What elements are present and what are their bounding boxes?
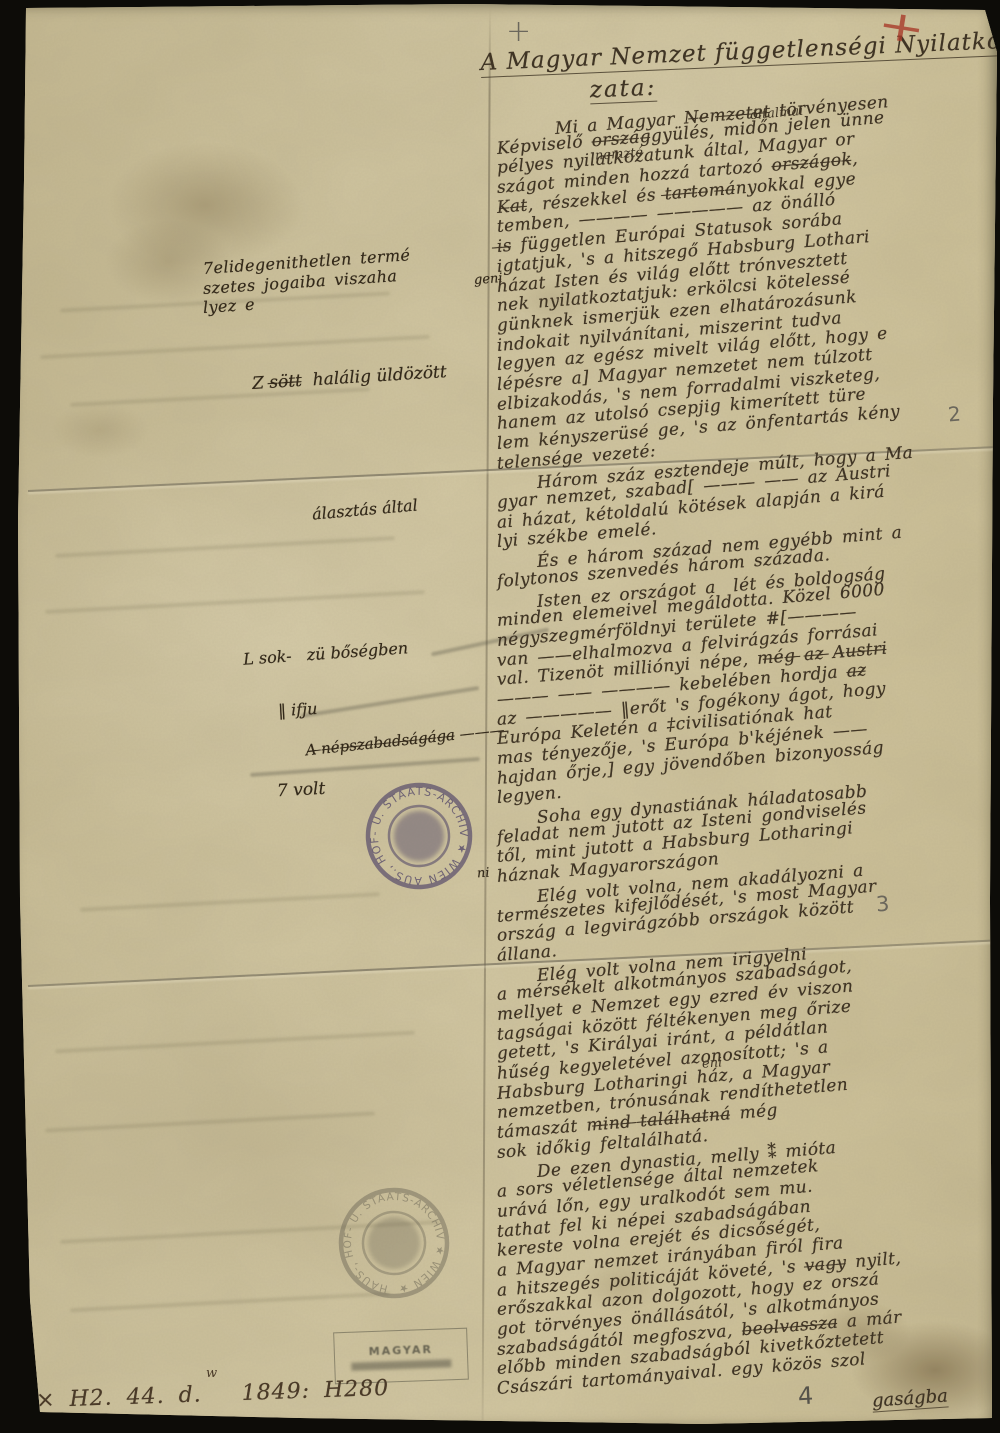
margin-note-scratched: A̶ ̶n̶é̶p̶s̶z̶a̶b̶a̶d̶s̶á̶g̶á̶g̶a̶ ——— <box>305 721 506 760</box>
margin-note-ifju: ‖ ifju <box>278 699 318 720</box>
pencil-number-3: 3 <box>875 892 890 917</box>
margin-note-volt: 7 volt <box>277 779 326 802</box>
eagle-emblem-smudge <box>392 809 445 862</box>
margin-note-natural-rights: 7elidegenithetlen természetes jogaiba vi… <box>203 202 411 318</box>
rect-stamp-illegible-line <box>351 1359 451 1370</box>
margin-note-alasztas: álasztás által <box>311 495 418 523</box>
bleedthrough-streak <box>40 335 430 359</box>
title-line-2: zata: <box>589 75 657 105</box>
catalog-shelfmark: × H2. 44. d. 1849: H280 <box>36 1376 390 1413</box>
bleedthrough-streak <box>70 387 370 407</box>
ink-smear <box>250 757 480 777</box>
vertical-fold-line <box>482 8 491 1420</box>
bleedthrough-streak <box>55 1031 415 1054</box>
hyphenated-fragment-ni: ni <box>476 866 490 882</box>
paragraph: Mi a Magyar N̶e̶m̶z̶e̶t̶e̶t̶ törvényesen… <box>497 120 997 474</box>
page-number-4: 4 <box>797 1382 814 1411</box>
bleedthrough-streak <box>55 536 395 558</box>
ink-smear <box>301 686 479 718</box>
catalog-superscript-w: w <box>206 1366 217 1381</box>
bleedthrough-streak <box>45 1111 375 1132</box>
photographed-manuscript-page: A Magyar Nemzet függetlenségi Nyilatko z… <box>0 0 1000 1433</box>
eagle-emblem-smudge <box>365 1214 424 1273</box>
rect-stamp-line-1: MAGYAR <box>369 1342 434 1357</box>
catalog-number: 1849: H280 <box>241 1376 389 1406</box>
red-cross-mark: + <box>874 0 929 54</box>
rectangular-archive-stamp: MAGYAR <box>333 1328 469 1385</box>
catalog-x-mark: × <box>36 1387 56 1413</box>
paragraph: Isten ez országot a lét és boldogságmind… <box>497 593 997 810</box>
bleedthrough-streak <box>45 590 425 614</box>
paragraph: De ezen dynastia, melly ⁑ miótaa sors vé… <box>497 1163 997 1399</box>
pencil-number-2: 2 <box>947 401 962 426</box>
main-text-column: Mi a Magyar N̶e̶m̶z̶e̶t̶e̶t̶ törvényesen… <box>497 120 997 1400</box>
catalog-shelf: H2. 44. d. <box>69 1382 202 1412</box>
margin-note-bosegben: L sok- zü bőségben <box>243 638 409 668</box>
manuscript-paper-sheet: A Magyar Nemzet függetlenségi Nyilatko z… <box>0 0 1000 1433</box>
round-archive-stamp-lower: HAUS-, HOF- U. STAATS-ARCHIV ★ WIEN ★ <box>327 1176 460 1309</box>
bleedthrough-streak <box>80 892 380 912</box>
round-archive-stamp-upper: AUS., HOF- U. STAATS-ARCHIV ★ WIEN ★ <box>359 776 479 896</box>
pencil-plus-mark: + <box>506 14 531 49</box>
final-word-gasagba: gaságba <box>871 1385 948 1412</box>
